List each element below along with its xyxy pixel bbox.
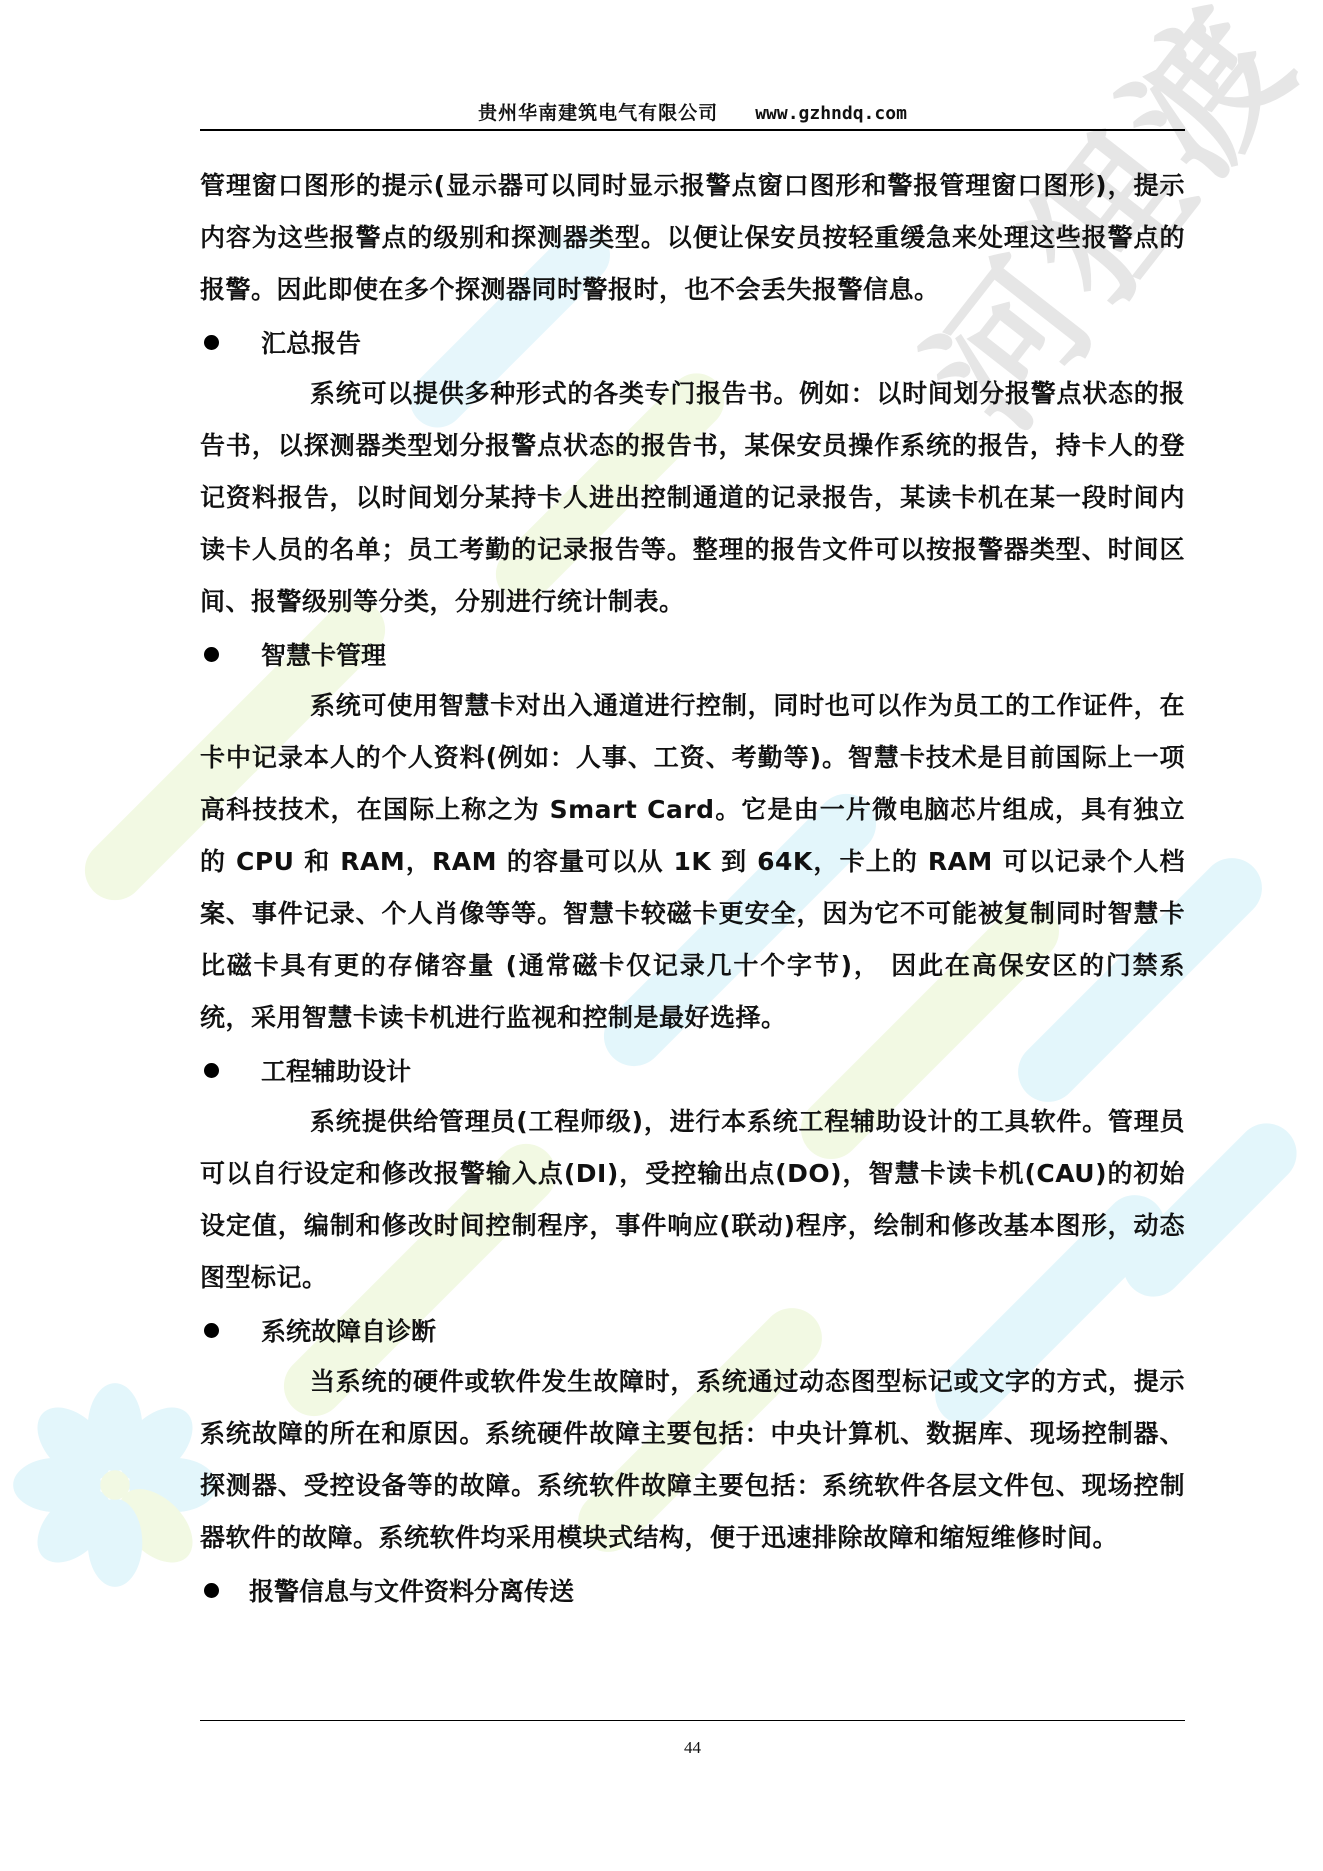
header-divider [200,129,1185,131]
section-heading-text: 工程辅助设计 [261,1052,411,1088]
intro-paragraph: 管理窗口图形的提示(显示器可以同时显示报警点窗口图形和警报管理窗口图形)，提示内… [200,160,1185,316]
footer-divider [200,1720,1185,1721]
watermark-flower-icon [10,1380,220,1590]
section-heading-text: 汇总报告 [261,324,361,360]
page-header: 贵州华南建筑电气有限公司 www.gzhndq.com [200,98,1185,125]
section-heading-engineering-design: 工程辅助设计 [200,1044,1185,1096]
bullet-icon [204,647,219,662]
bullet-icon [204,1063,219,1078]
section-heading-smart-card: 智慧卡管理 [200,628,1185,680]
section-heading-self-diagnosis: 系统故障自诊断 [200,1304,1185,1356]
bullet-icon [204,1323,219,1338]
section-heading-text: 智慧卡管理 [261,636,386,672]
section-heading-text: 系统故障自诊断 [261,1312,436,1348]
section-body-engineering-design: 系统提供给管理员(工程师级)，进行本系统工程辅助设计的工具软件。管理员可以自行设… [200,1096,1185,1304]
bullet-icon [204,1583,219,1598]
section-body-summary-report: 系统可以提供多种形式的各类专门报告书。例如：以时间划分报警点状态的报告书，以探测… [200,368,1185,628]
section-heading-alarm-separation: 报警信息与文件资料分离传送 [200,1564,1185,1616]
bullet-icon [204,335,219,350]
section-heading-summary-report: 汇总报告 [200,316,1185,368]
section-body-smart-card: 系统可使用智慧卡对出入通道进行控制，同时也可以作为员工的工作证件，在卡中记录本人… [200,680,1185,1044]
header-url: www.gzhndq.com [755,103,907,124]
page-number: 44 [200,1738,1185,1758]
header-company-name: 贵州华南建筑电气有限公司 [478,102,718,124]
section-heading-text: 报警信息与文件资料分离传送 [249,1572,574,1608]
document-body: 管理窗口图形的提示(显示器可以同时显示报警点窗口图形和警报管理窗口图形)，提示内… [200,160,1185,1616]
section-body-self-diagnosis: 当系统的硬件或软件发生故障时，系统通过动态图型标记或文字的方式，提示系统故障的所… [200,1356,1185,1564]
